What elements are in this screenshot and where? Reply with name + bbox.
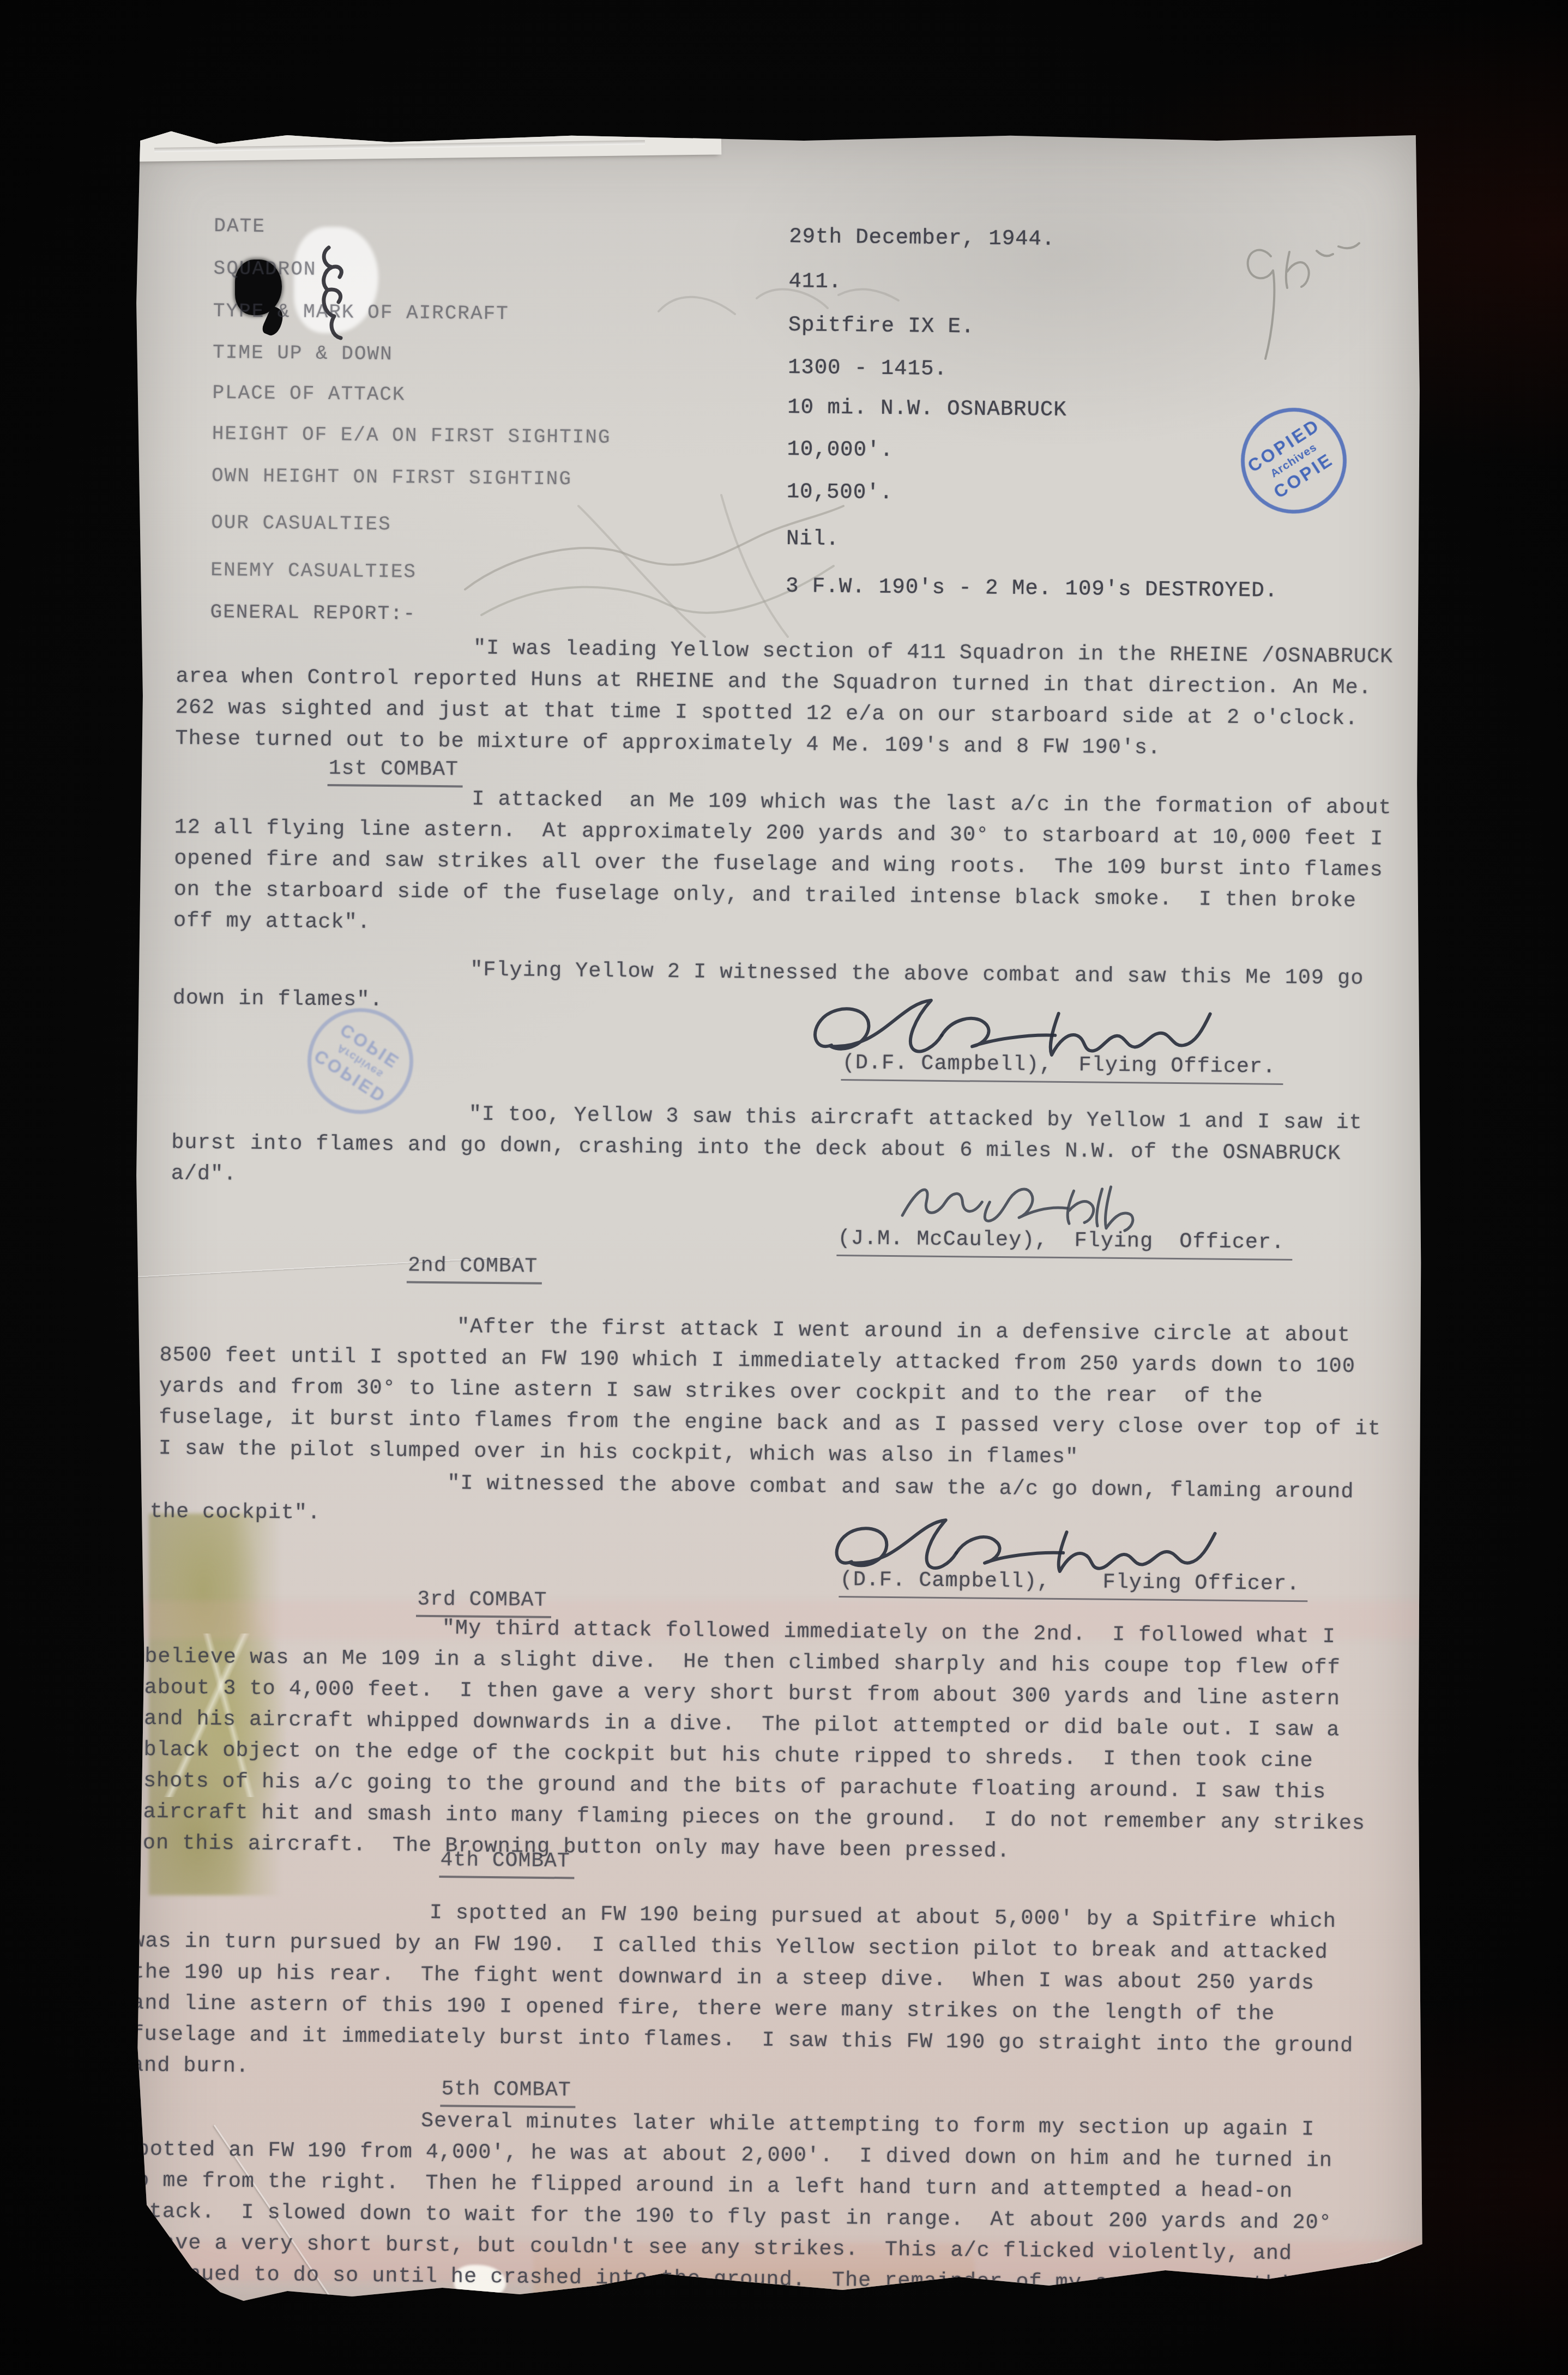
field-value-time: 1300 - 1415. [788, 355, 948, 381]
field-label-place: PLACE OF ATTACK [212, 382, 405, 406]
field-value-date: 29th December, 1944. [789, 225, 1055, 251]
combat-2-heading: 2nd COMBAT [407, 1253, 542, 1284]
combat-2-body: "After the first attack I went around in… [159, 1309, 1386, 1476]
field-label-date: DATE [214, 215, 266, 238]
field-value-aircraft: Spitfire IX E. [788, 313, 975, 339]
combat-5-body: Several minutes later while attempting t… [122, 2103, 1352, 2332]
field-label-enemy-casualties: ENEMY CASUALTIES [210, 559, 417, 583]
field-value-our-casualties: Nil. [786, 527, 840, 551]
witness-signer-3: (D.F. Campbell), Flying Officer. [839, 1568, 1307, 1602]
combat-4-heading: 4th COMBAT [439, 1848, 575, 1879]
field-value-enemy-casualties: 3 F.W. 190's - 2 Me. 109's DESTROYED. [786, 574, 1278, 603]
signature-jm-mccauley [886, 1163, 1225, 1237]
document-page: DATE 29th December, 1944. SQUADRON 411. … [132, 129, 1424, 2310]
field-label-ea-height: HEIGHT OF E/A ON FIRST SIGHTING [212, 423, 611, 449]
combat-5-heading: 5th COMBAT [440, 2077, 576, 2108]
field-value-ea-height: 10,000'. [787, 437, 894, 462]
combat-1-body: I attacked an Me 109 which was the last … [173, 781, 1401, 948]
witness-signer-2: (J.M. McCauley), Flying Officer. [836, 1226, 1292, 1261]
header-row-date: DATE 29th December, 1944. [133, 128, 1424, 141]
field-label-our-casualties: OUR CASUALTIES [211, 511, 391, 535]
header-row-our-casualties: OUR CASUALTIES Nil. [133, 128, 1424, 141]
header-row-aircraft: TYPE & MARK OF AIRCRAFT Spitfire IX E. [133, 128, 1424, 141]
field-value-squadron: 411. [788, 269, 842, 294]
witness-signer-1: (D.F. Campbell), Flying Officer. [841, 1051, 1283, 1085]
header-row-time: TIME UP & DOWN 1300 - 1415. [133, 128, 1424, 141]
combat-3-body: "My third attack followed immediately on… [143, 1610, 1373, 1871]
field-value-own-height: 10,500'. [787, 480, 894, 505]
header-row-own-height: OWN HEIGHT ON FIRST SIGHTING 10,500'. [133, 128, 1424, 141]
combat-4-body: I spotted an FW 190 being pursued at abo… [131, 1895, 1360, 2093]
header-row-enemy-casualties: ENEMY CASUALTIES 3 F.W. 190's - 2 Me. 10… [133, 128, 1424, 141]
field-label-time: TIME UP & DOWN [213, 341, 393, 365]
header-row-squadron: SQUADRON 411. [133, 128, 1424, 141]
header-row-place: PLACE OF ATTACK 10 mi. N.W. OSNABRUCK [133, 128, 1424, 141]
header-row-ea-height: HEIGHT OF E/A ON FIRST SIGHTING 10,000'. [133, 128, 1424, 141]
field-value-place: 10 mi. N.W. OSNABRUCK [787, 395, 1067, 422]
field-label-squadron: SQUADRON [213, 257, 316, 281]
general-report-label: GENERAL REPORT:- [210, 601, 416, 625]
typed-content: DATE 29th December, 1944. SQUADRON 411. … [112, 128, 1424, 2322]
photo-background: DATE 29th December, 1944. SQUADRON 411. … [0, 0, 1568, 2375]
field-label-own-height: OWN HEIGHT ON FIRST SIGHTING [212, 465, 572, 490]
general-report-intro: "I was leading Yellow section of 411 Squ… [175, 630, 1402, 766]
field-label-aircraft: TYPE & MARK OF AIRCRAFT [213, 300, 509, 325]
